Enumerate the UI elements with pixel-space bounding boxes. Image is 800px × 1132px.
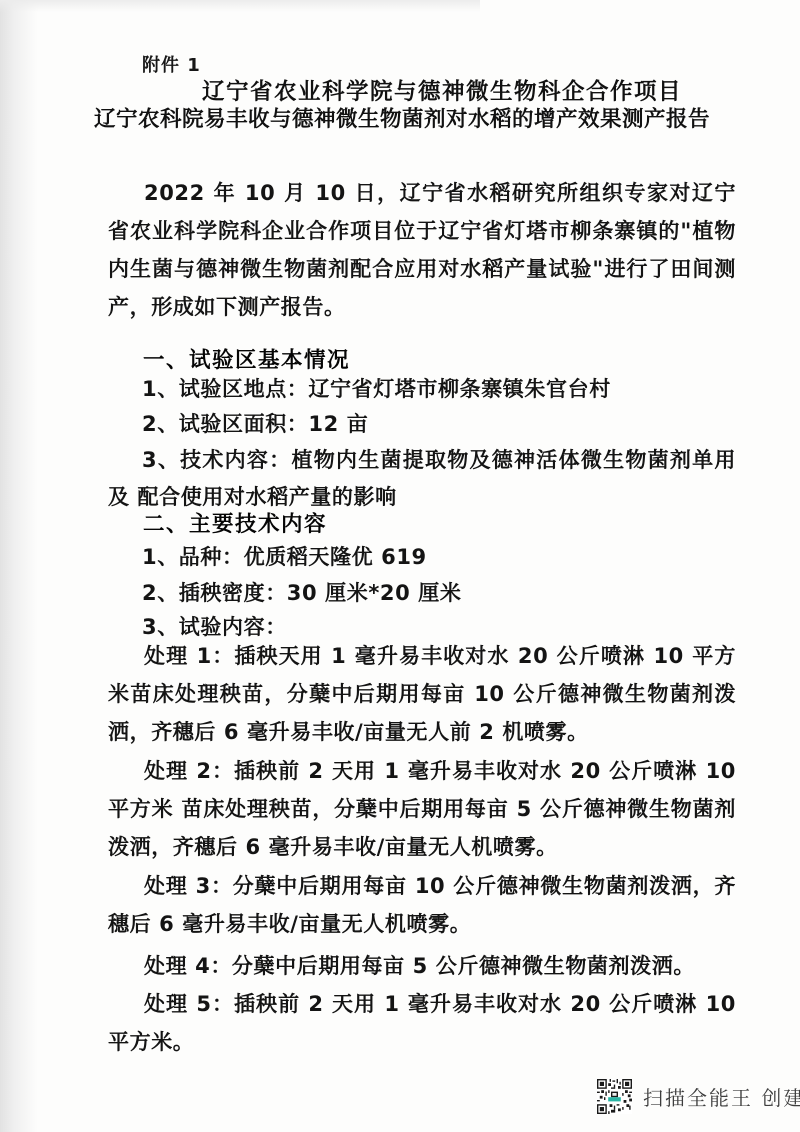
treatment-3-paragraph: 处理 3：分蘖中后期用每亩 10 公斤德神微生物菌剂泼洒，齐穗后 6 毫升易丰收… [108,867,736,943]
scan-edge-shadow-left [0,0,38,1132]
camscanner-watermark: 扫描全能王 创建 [597,1079,800,1114]
section-1-item-technique: 3、技术内容：植物内生菌提取物及德神活体微生物菌剂单用 及 配合使用对水稻产量的… [108,442,736,516]
section-2-item-density: 2、插秧密度：30 厘米*20 厘米 [108,576,736,611]
section-1-item-area: 2、试验区面积：12 亩 [108,407,736,442]
section-2-heading: 二、主要技术内容 [143,507,327,538]
scanned-document-page: 附件 1 辽宁省农业科学院与德神微生物科企合作项目 辽宁农科院易丰收与德神微生物… [0,0,800,1132]
section-1-item-location: 1、试验区地点：辽宁省灯塔市柳条寨镇朱官台村 [108,372,736,407]
watermark-label: 扫描全能王 创建 [643,1082,800,1111]
qr-code-icon [597,1079,632,1114]
section-1-heading: 一、试验区基本情况 [143,343,350,374]
treatment-5-paragraph: 处理 5：插秧前 2 天用 1 毫升易丰收对水 20 公斤喷淋 10 平方米。 [108,985,736,1061]
scan-edge-shadow-top [0,0,480,12]
section-2-item-variety: 1、品种：优质稻天隆优 619 [108,540,736,575]
treatment-4-paragraph: 处理 4：分蘖中后期用每亩 5 公斤德神微生物菌剂泼洒。 [108,947,736,985]
doc-title-line-2: 辽宁农科院易丰收与德神微生物菌剂对水稻的增产效果测产报告 [42,102,762,133]
intro-paragraph: 2022 年 10 月 10 日，辽宁省水稻研究所组织专家对辽宁省农业科学院科企… [108,174,736,326]
treatment-2-paragraph: 处理 2：插秧前 2 天用 1 毫升易丰收对水 20 公斤喷淋 10 平方米 苗… [108,752,736,866]
treatment-1-paragraph: 处理 1：插秧天用 1 毫升易丰收对水 20 公斤喷淋 10 平方米苗床处理秧苗… [108,637,736,751]
doc-title-line-1: 辽宁省农业科学院与德神微生物科企合作项目 [82,74,800,106]
